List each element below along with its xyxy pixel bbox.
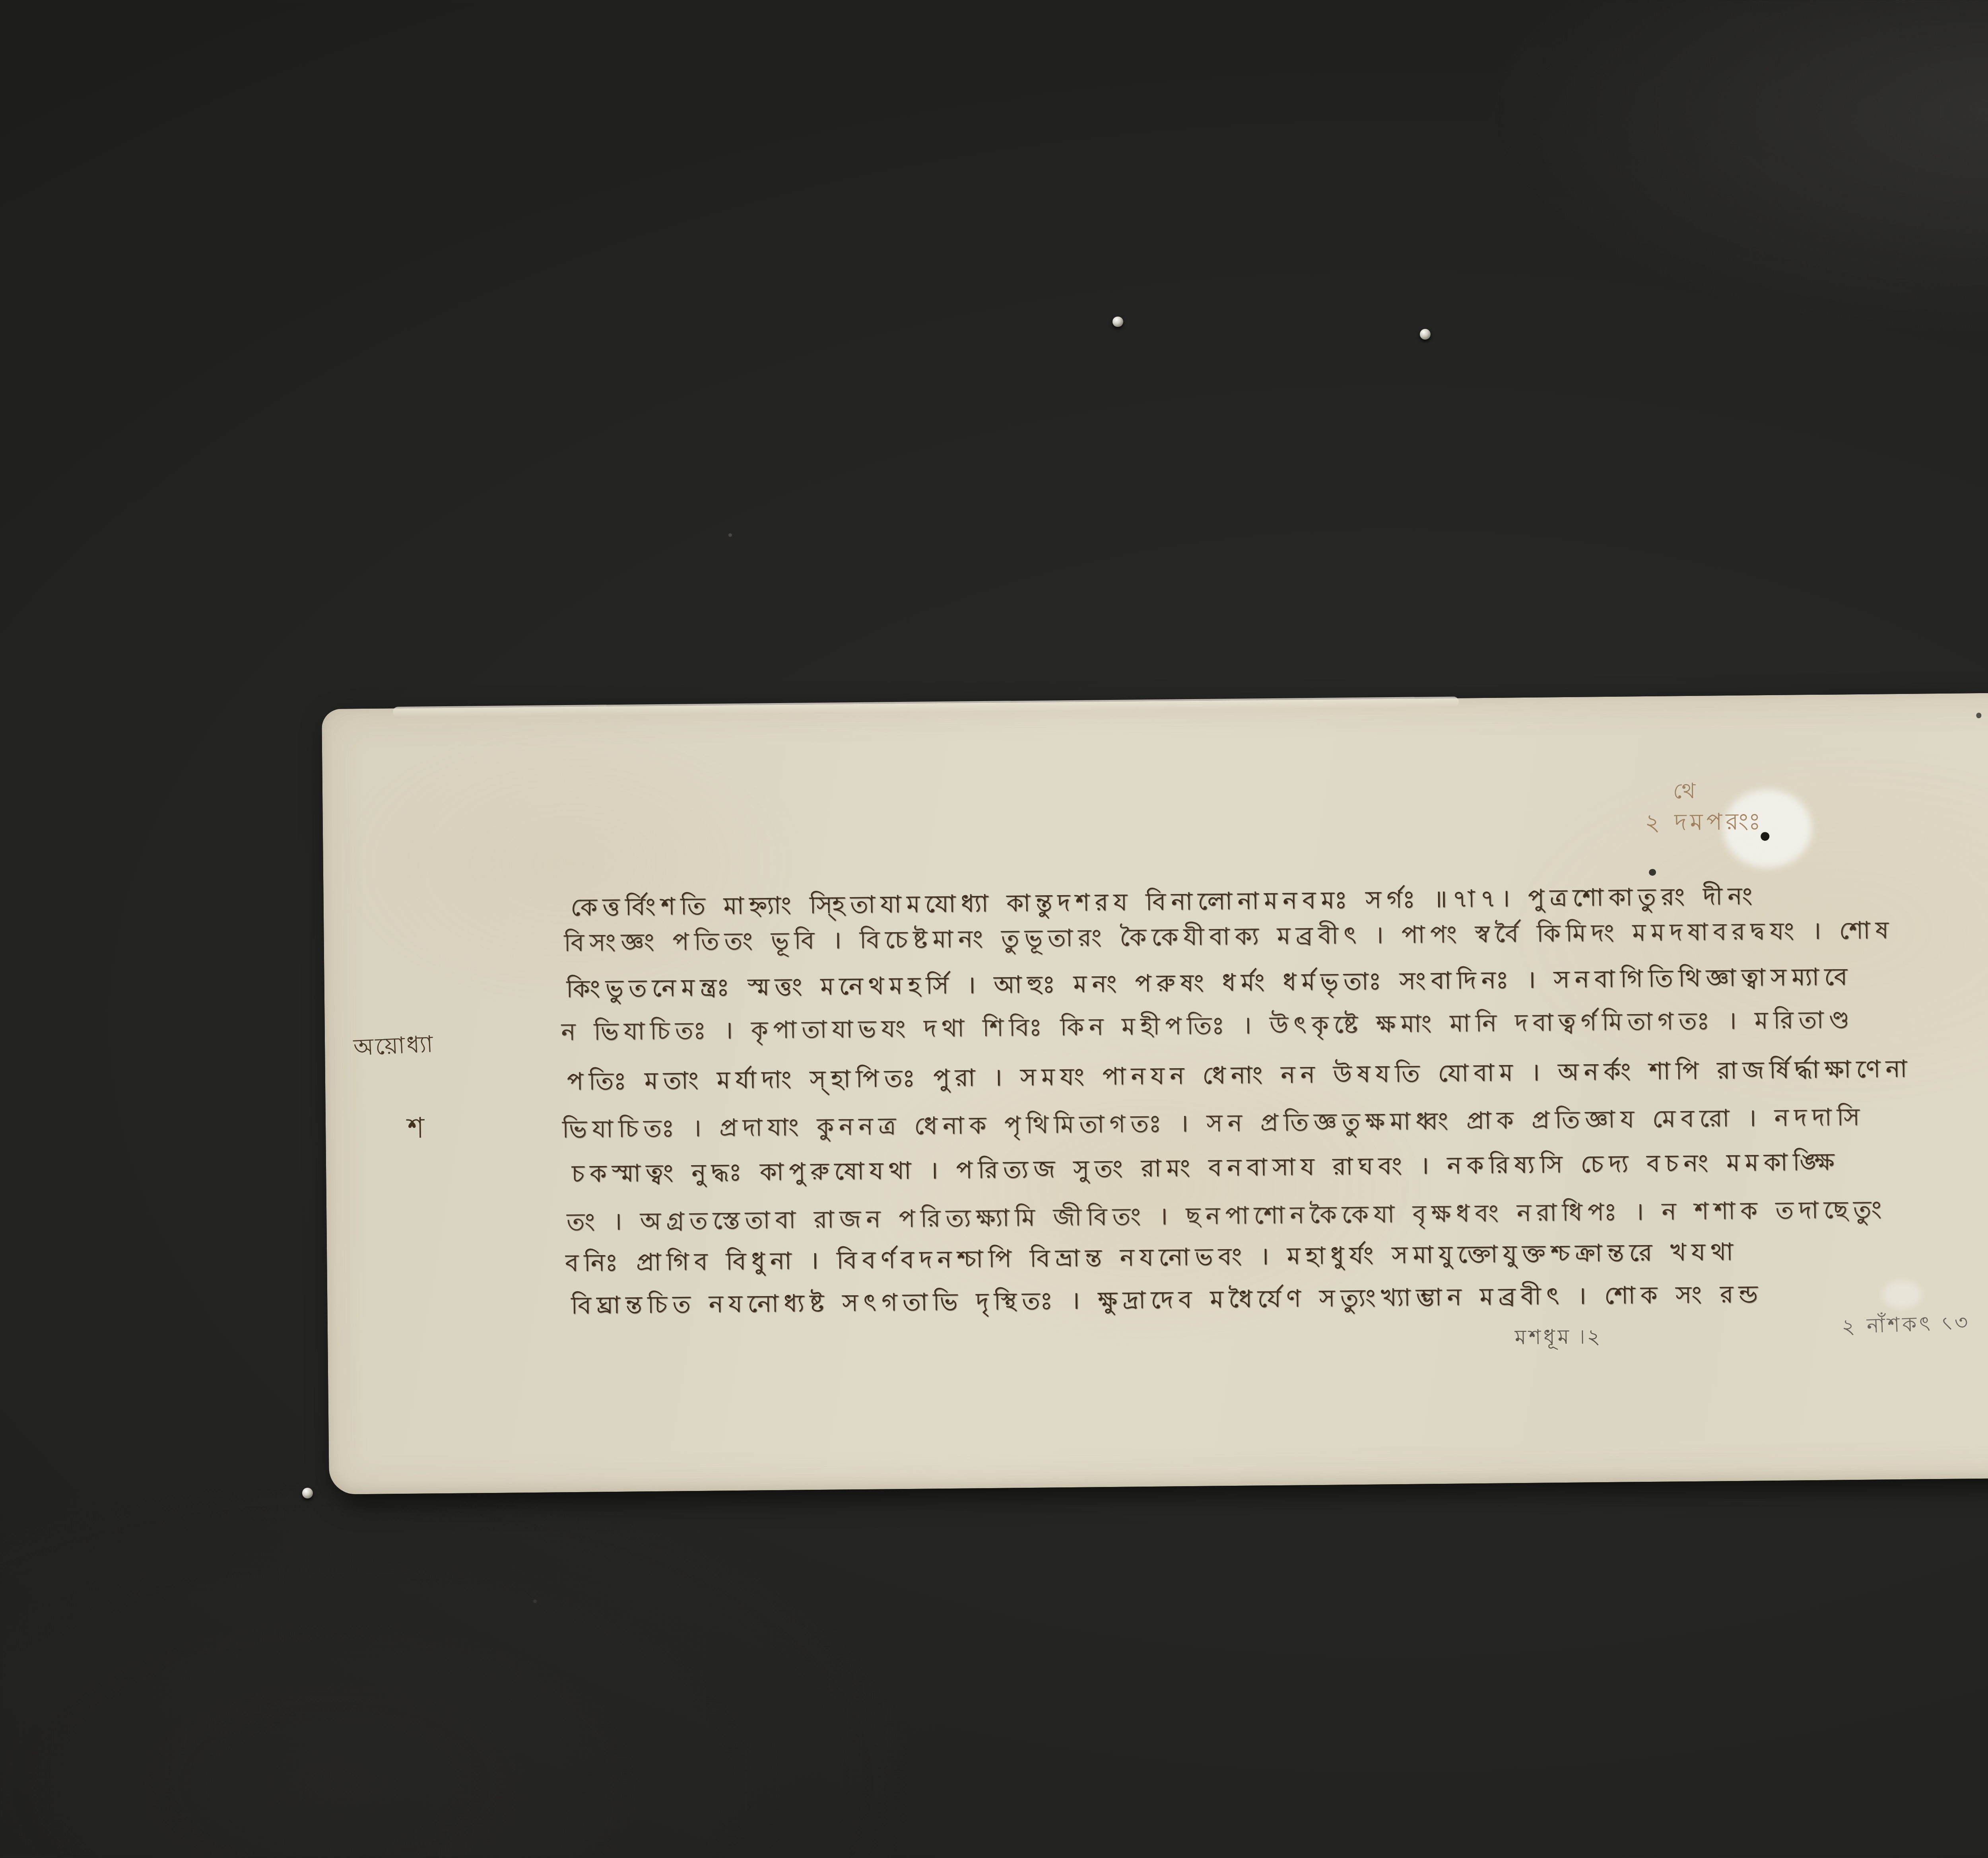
pin-dot	[1420, 329, 1431, 340]
manuscript-leaf: থে ২ দমপরংঃ অয়োধ্যা শ ১৫২ কেত্তর্বিংশতি…	[322, 690, 1988, 1495]
bottom-annotation-left: মশধূম ৷২	[1514, 1321, 1603, 1356]
header-annotation: ২ দমপরংঃ	[1645, 804, 1765, 843]
pin-dot	[1112, 317, 1123, 327]
ink-blot	[1976, 713, 1982, 718]
ink-blot	[1649, 869, 1656, 876]
left-margin-note: অয়োধ্যা	[353, 1027, 436, 1069]
left-margin-glyph: শ	[407, 1106, 424, 1154]
manuscript-text-line: বিঘ্রান্তচিত নযনোধ্যষ্ট সৎগতাভি দৃস্থিতঃ…	[571, 1275, 1988, 1324]
photo-stage: থে ২ দমপরংঃ অয়োধ্যা শ ১৫২ কেত্তর্বিংশতি…	[0, 0, 1988, 1858]
manuscript-text-line: ন ভিযাচিতঃ । কৃপাতাযাভযং দথা শিবিঃ কিন ম…	[561, 1000, 1988, 1050]
manuscript-text-line: পতিঃ মতাং মর্যাদাং স্হাপিতঃ পুরা । সমযং …	[567, 1050, 1988, 1100]
bottom-annotation-right: ২ নাঁশকৎ ৻৩	[1841, 1307, 1971, 1346]
manuscript-text-line: কিংভুতনেমন্ত্রঃ স্মত্তং মনেথমহর্সি । আহু…	[566, 958, 1988, 1007]
pin-dot	[302, 1488, 313, 1498]
manuscript-text-line: তং । অগ্রতস্তেতাবা রাজন পরিত্যক্ষ্যামি জ…	[566, 1190, 1988, 1240]
manuscript-text-line: ভিযাচিতঃ । প্রদাযাং কুননত্র ধেনাক পৃথিমি…	[562, 1098, 1988, 1148]
manuscript-text-line: চকস্মাত্বং নুদ্ধঃ কাপুরুষোযথা । পরিত্যজ …	[571, 1142, 1988, 1192]
manuscript-text-line: বনিঃ প্রাগিব বিধুনা । বিবর্ণবদনশ্চাপি বি…	[565, 1231, 1988, 1281]
